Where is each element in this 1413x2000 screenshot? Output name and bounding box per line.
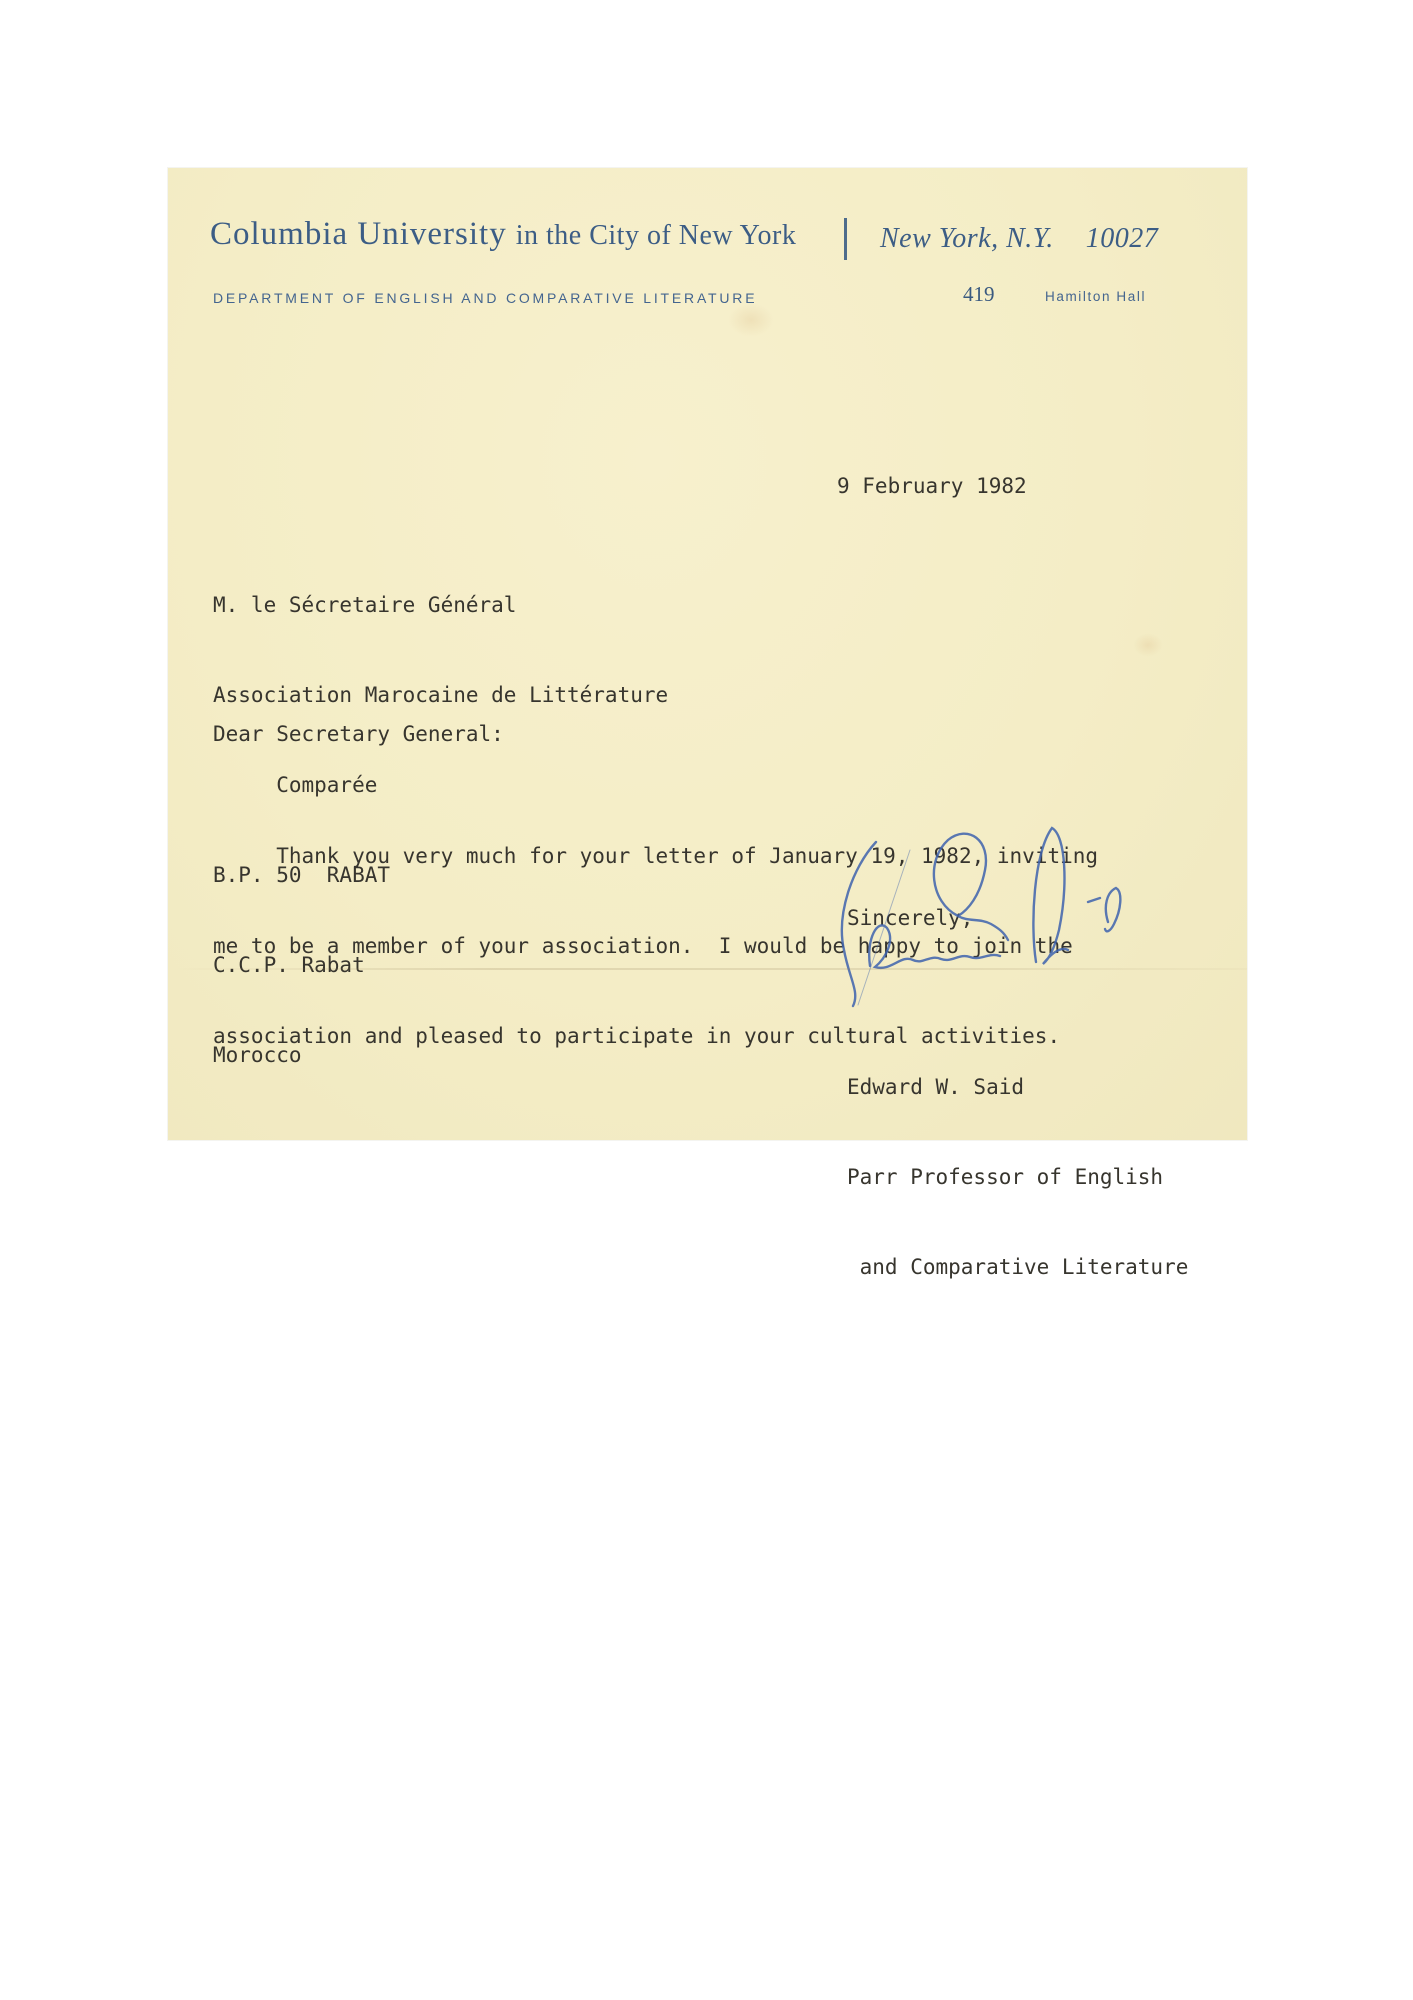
paper-stain	[1133, 633, 1163, 657]
letterhead-zip-code: 10027	[1086, 223, 1159, 255]
signer-name: Edward W. Said	[847, 1072, 1188, 1102]
letterhead-city-state: New York, N.Y.	[880, 223, 1054, 255]
recipient-line: Association Marocaine de Littérature	[213, 680, 668, 710]
letterhead-city-suffix: in the City of New York	[516, 220, 797, 252]
building-name: Hamilton Hall	[1045, 289, 1146, 304]
handwritten-signature	[808, 820, 1148, 1015]
letter-paper: Columbia University in the City of New Y…	[168, 168, 1247, 1140]
signature-block: Edward W. Said Parr Professor of English…	[847, 1012, 1188, 1342]
letterhead-address: New York, N.Y. 10027	[880, 223, 1158, 255]
signer-title-line: and Comparative Literature	[847, 1252, 1188, 1282]
letterhead: Columbia University in the City of New Y…	[210, 216, 796, 262]
scan-background: { "page": { "background_color": "#ffffff…	[0, 0, 1413, 2000]
letterhead-divider-rule	[844, 218, 847, 260]
letterhead-university-name: Columbia University	[210, 216, 507, 253]
recipient-line: M. le Sécretaire Général	[213, 590, 668, 620]
room-number: 419	[963, 282, 995, 307]
date-line: 9 February 1982	[837, 471, 1027, 501]
signer-title-line: Parr Professor of English	[847, 1162, 1188, 1192]
paper-stain	[728, 303, 774, 337]
salutation: Dear Secretary General:	[213, 719, 504, 749]
department-name: DEPARTMENT OF ENGLISH AND COMPARATIVE LI…	[213, 290, 757, 306]
